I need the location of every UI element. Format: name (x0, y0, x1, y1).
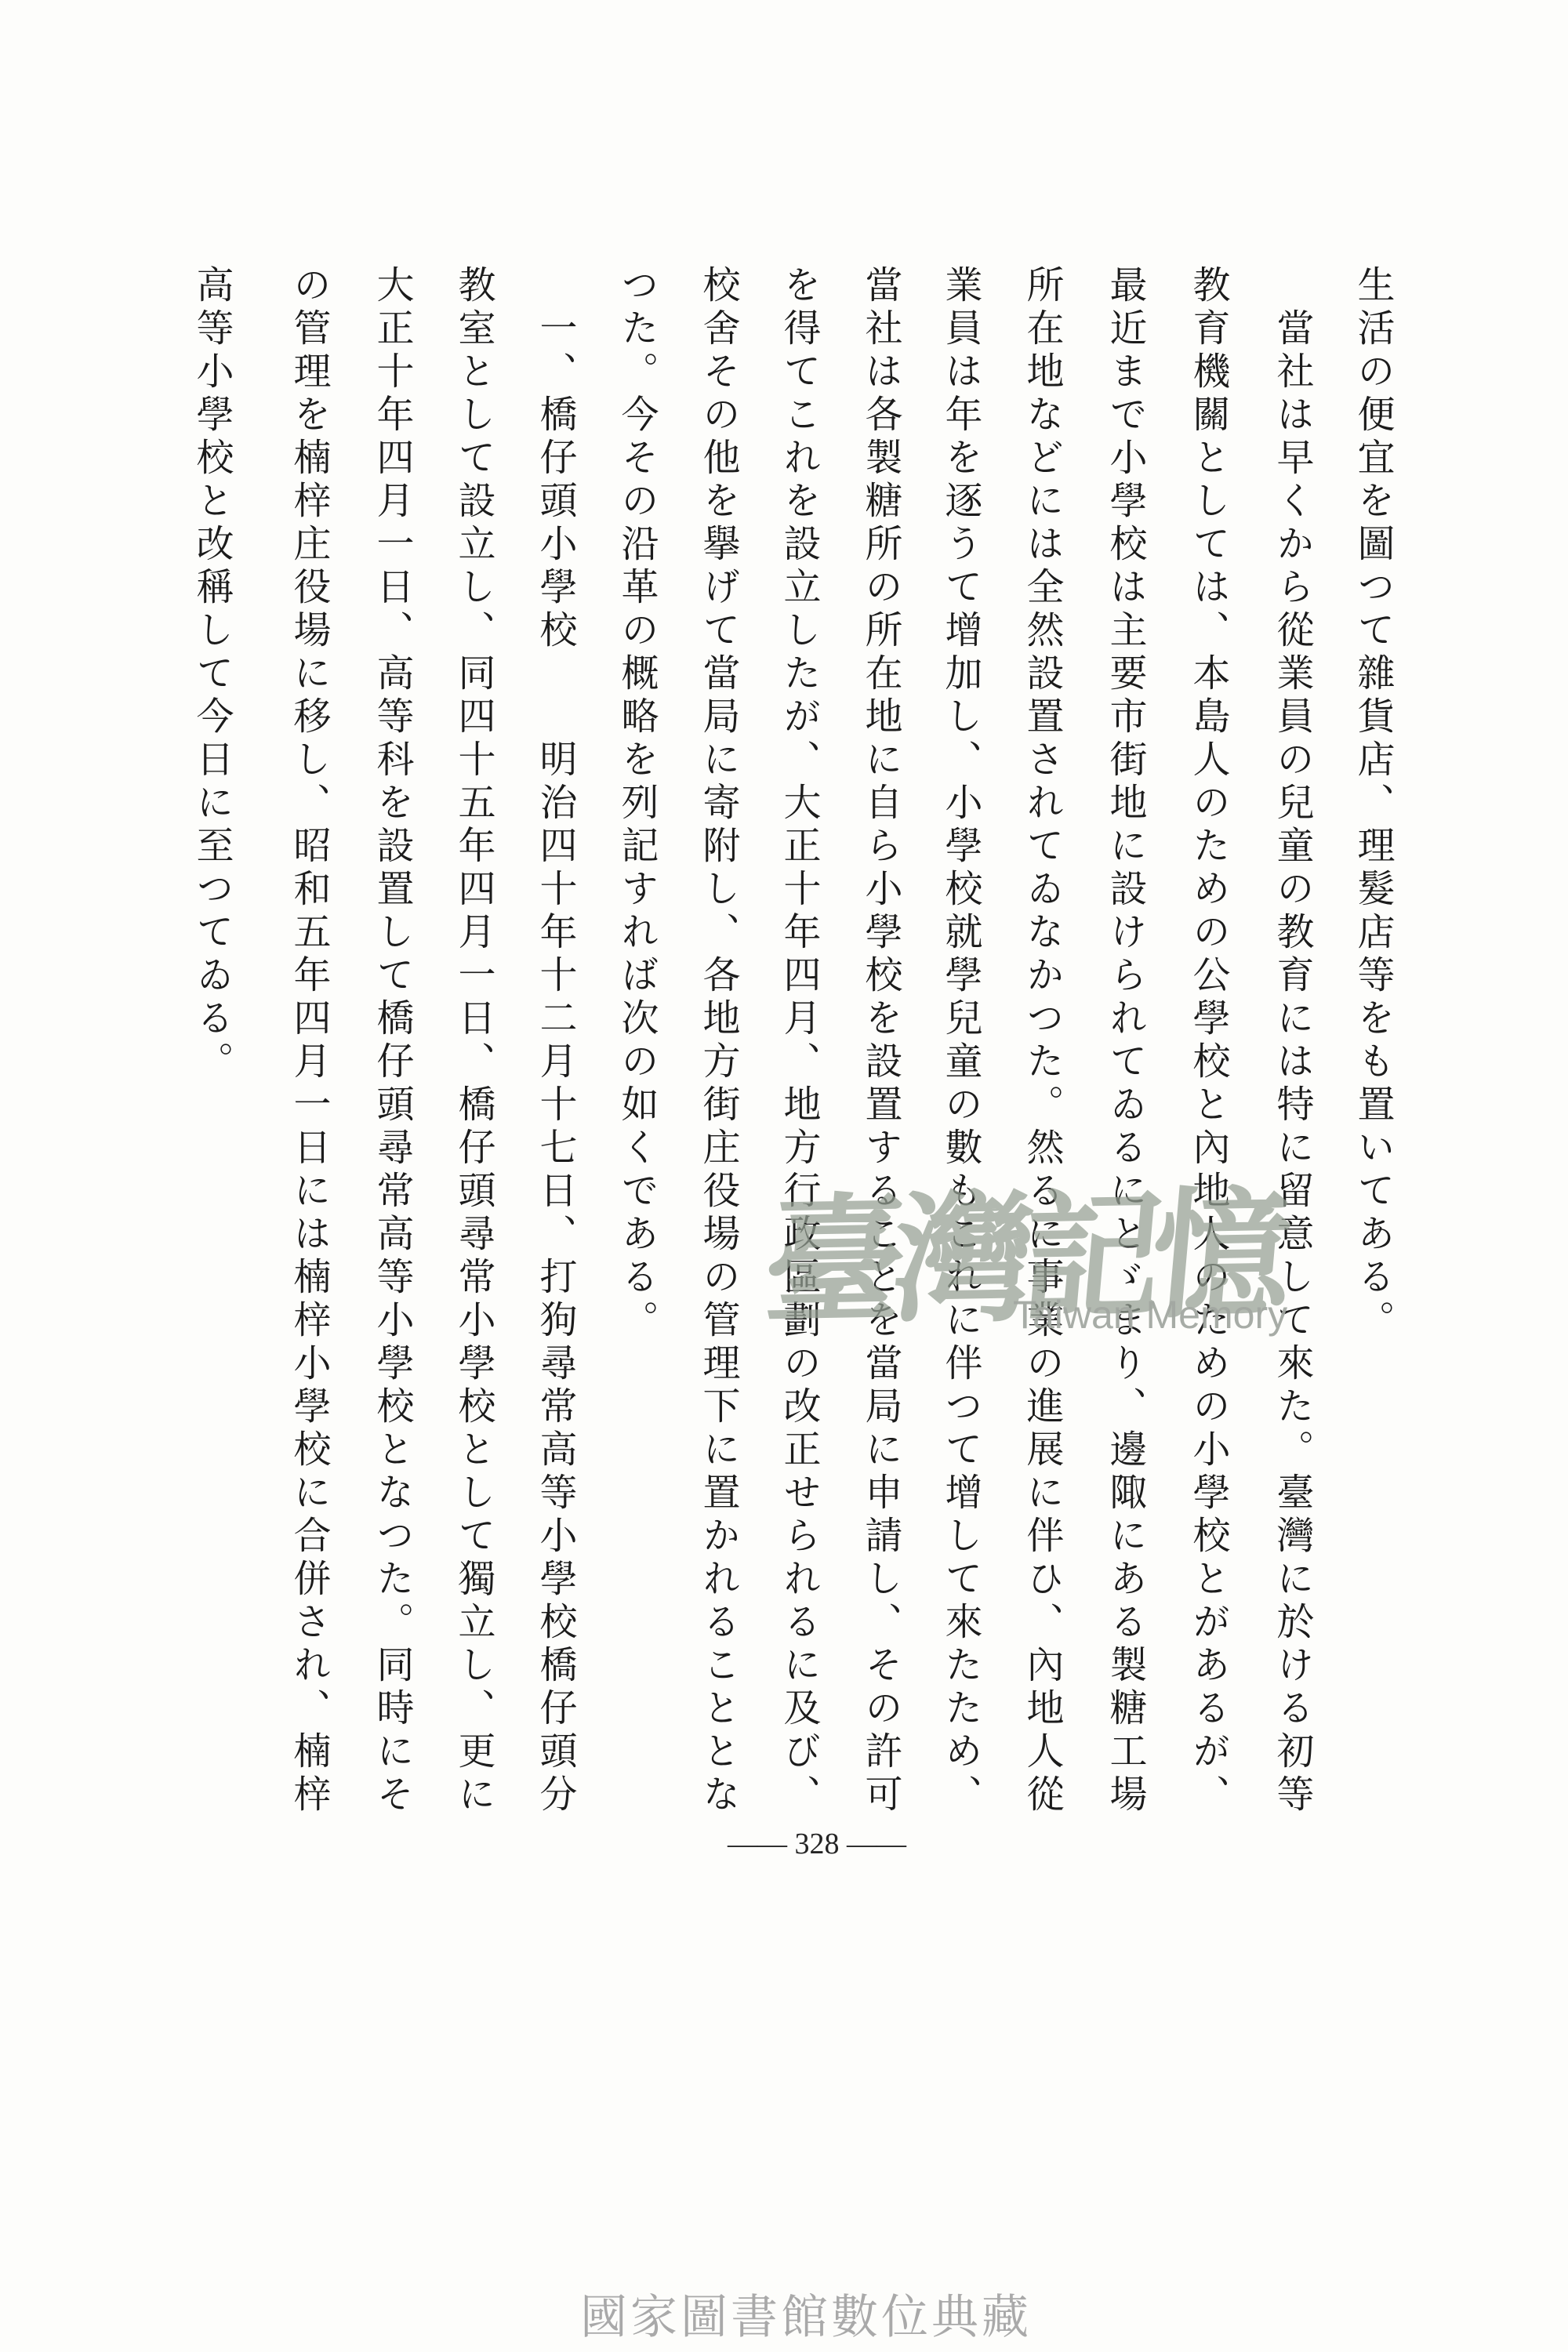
taiwan-memory-watermark-latin: Taiwan Memory (1013, 1292, 1287, 1338)
text-column-5: 所在地などには全然設置されてゐなかつた。然るに事業の進展に伴ひ、內地人從 (1018, 265, 1064, 1900)
text-column-14: の管理を楠梓庄役場に移し、昭和五年四月一日には楠梓小學校に合併され、楠梓 (285, 265, 331, 1900)
text-column-10: つた。今その沿革の概略を列記すれば次の如くである。 (613, 265, 659, 1900)
text-column-9: 校舍その他を擧げて當局に寄附し、各地方街庄役場の管理下に置かれることとな (695, 265, 740, 1900)
text-column-8: を得てこれを設立したが、大正十年四月、地方行政區劃の改正せられるに及び、 (775, 265, 821, 1900)
text-column-15: 高等小學校と改稱して今日に至つてゐる。 (188, 265, 234, 1900)
text-column-4: 最近まで小學校は主要市街地に設けられてゐるにとゞまり、邊陬にある製糖工場 (1102, 265, 1147, 1900)
archive-footer-label: 國家圖書館數位典藏 (580, 2280, 1032, 2347)
text-column-13: 大正十年四月一日、高等科を設置して橋仔頭尋常高等小學校となつた。同時にそ (368, 265, 414, 1900)
text-column-3: 教育機關としては、本島人のための公學校と內地人のための小學校とがあるが、 (1185, 265, 1230, 1900)
text-column-2: 當社は早くから從業員の兒童の教育には特に留意して來た。臺灣に於ける初等 (1269, 265, 1314, 1900)
text-column-12: 教室として設立し、同四十五年四月一日、橋仔頭尋常小學校として獨立し、更に (450, 265, 495, 1900)
text-column-1: 生活の便宜を圖つて雜貨店、理髮店等をも置いてある。 (1349, 265, 1395, 1900)
page-number: ―― 328 ―― (728, 1827, 906, 1861)
scanned-book-page: 生活の便宜を圖つて雜貨店、理髮店等をも置いてある。 當社は早くから從業員の兒童の… (0, 0, 1568, 2352)
text-column-7: 當社は各製糖所の所在地に自ら小學校を設置することを當局に申請し、その許可 (857, 265, 902, 1900)
text-column-6: 業員は年を逐うて增加し、小學校就學兒童の數もこれに伴つて增して來たため、 (937, 265, 982, 1900)
text-column-11: 一、橋仔頭小學校 明治四十年十二月十七日、打狗尋常高等小學校橋仔頭分 (532, 265, 577, 1900)
